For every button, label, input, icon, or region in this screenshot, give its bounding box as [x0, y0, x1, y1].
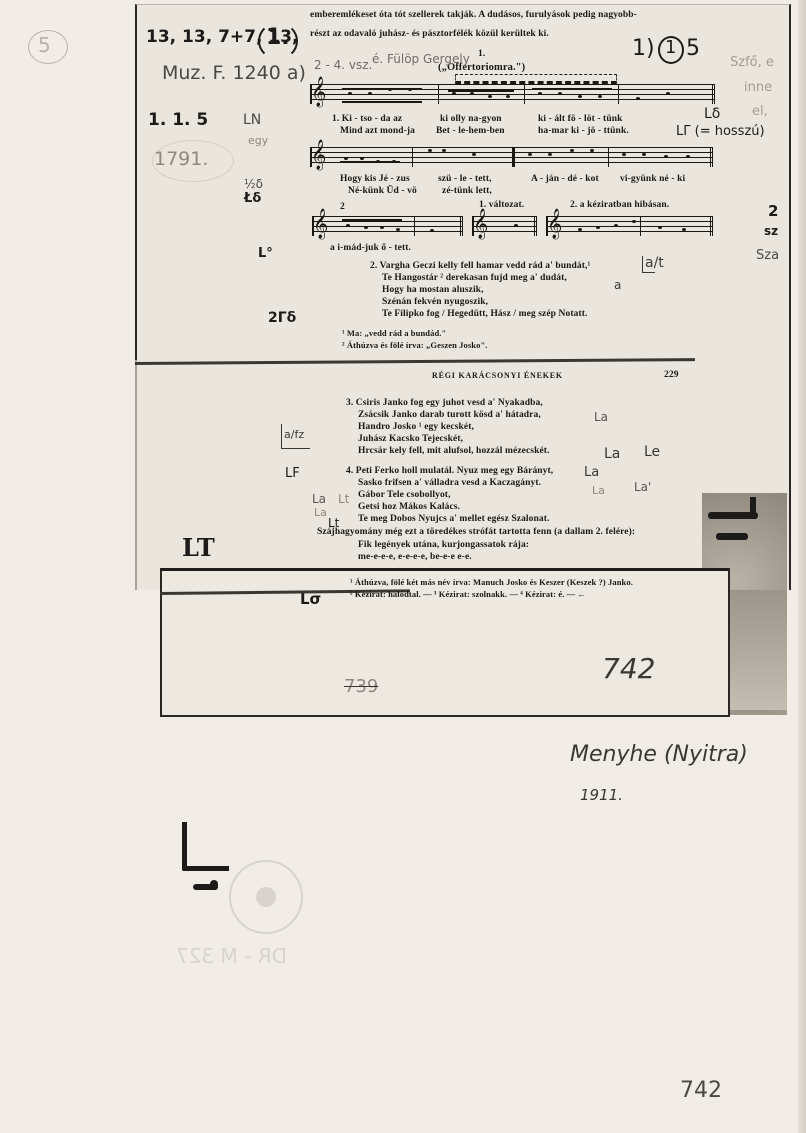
- handwritten-mark: 5: [686, 36, 700, 61]
- crossed-out-number: 739: [344, 676, 378, 697]
- corner-mark: [182, 822, 229, 871]
- footnote: ² Kézirat: halódtal. — ³ Kézirat: szolna…: [350, 589, 586, 599]
- handwritten-mark: Łδ: [244, 191, 261, 206]
- footnote: ¹ Ma: „vedd rád a bundád.": [342, 328, 446, 338]
- pencil-year: 1791.: [154, 148, 208, 170]
- margin-note: inne: [744, 80, 772, 95]
- la-mark: La: [314, 506, 327, 519]
- lo-mark: Lσ: [300, 590, 321, 608]
- lf-mark: LF: [285, 466, 300, 481]
- treble-clef-icon: 𝄞: [547, 211, 562, 237]
- catalog-number: 742: [602, 652, 655, 685]
- treble-clef-icon: 𝄞: [311, 79, 326, 105]
- la-mark: La: [604, 446, 620, 462]
- variant-label: 2. a kéziratban hibásan.: [570, 200, 669, 210]
- handwritten-number: 1. 1. 5: [148, 110, 208, 130]
- margin-note: Szfő, e: [730, 55, 774, 70]
- verse-line: Juhász Kacsko Tejecskét,: [358, 434, 463, 444]
- lyric: zé-tünk lett,: [442, 186, 492, 196]
- song-number: 1.: [478, 49, 485, 59]
- margin-note: Sza: [756, 248, 779, 263]
- year-note: 1911.: [580, 786, 623, 804]
- la-mark: La: [594, 410, 608, 424]
- lyric: Mind azt mond-ja: [340, 126, 415, 136]
- fragment-line: me-e-e-e, e-e-e-e, be-e-e e-e.: [358, 552, 472, 562]
- verse-line: Te Filipko fog / Hegedütt, Hász / meg sz…: [382, 309, 587, 319]
- lyric: ki - ált fö - löt - tünk: [538, 114, 622, 124]
- handwritten-mark: L°: [258, 246, 273, 261]
- verse-line: Hogy ha mostan aluszik,: [382, 285, 484, 295]
- la-mark: La: [312, 492, 326, 506]
- ln-sub-mark: egy: [248, 134, 268, 147]
- lt-mark: Lt: [328, 516, 339, 530]
- corner-bracket-mark: [750, 497, 756, 519]
- lt-large-mark: LT: [182, 533, 215, 562]
- handwritten-mark: Lδ: [704, 106, 720, 122]
- margin-note: el,: [752, 104, 768, 119]
- margin-note: 2: [768, 202, 778, 220]
- footnote: ¹ Áthúzva, fölé két más név írva: Manuch…: [350, 577, 633, 587]
- library-stamp: [229, 860, 303, 934]
- intro-line: emberemlékeset óta tót szellerek takják.…: [310, 10, 637, 20]
- treble-clef-icon: 𝄞: [473, 211, 488, 237]
- music-staff-3a: 𝄞: [312, 216, 463, 236]
- verse-line: 4. Peti Ferko holl mulatál. Nyuz meg egy…: [346, 466, 553, 476]
- music-staff-2: 𝄞: [310, 147, 713, 167]
- le-mark: Le: [644, 444, 660, 460]
- handwritten-mark: LΓ (= hosszú): [676, 124, 765, 139]
- music-staff-3c: 𝄞: [546, 216, 713, 236]
- running-header: RÉGI KARÁCSONYI ÉNEKEK: [432, 371, 563, 380]
- verse-range-note: 2 - 4. vsz.: [314, 58, 372, 72]
- stamp-emblem-icon: [256, 887, 276, 907]
- faint-stamp-number: DR - M 327: [176, 944, 287, 968]
- ln-mark: LN: [243, 112, 261, 128]
- verse-line: Getsi hoz Mákos Kalács.: [358, 502, 460, 512]
- circled-number: 5: [38, 33, 51, 57]
- treble-clef-icon: 𝄞: [313, 211, 328, 237]
- handwritten-mark: ½δ: [244, 177, 263, 191]
- lyric: 1. Ki - tso - da az: [332, 114, 402, 124]
- page-number: 229: [664, 370, 679, 380]
- music-staff-3b: 𝄞: [472, 216, 537, 236]
- margin-note: sz: [764, 224, 778, 238]
- lt-mark: Lt: [338, 492, 349, 506]
- dashed-bracket: [455, 74, 617, 84]
- la-mark: La: [592, 484, 605, 497]
- handwritten-mark: 2Γδ: [268, 310, 296, 326]
- intro-line: részt az odavaló juhász- és pásztorfélék…: [310, 29, 549, 39]
- lyric: A - ján - dé - kot: [531, 174, 599, 184]
- verse-line: Hrcsár kely fell, mit alufsol, hozzál mé…: [358, 446, 550, 456]
- handwritten-mark: 1): [632, 36, 655, 61]
- verse-line: Gábor Tele csobollyot,: [358, 490, 451, 500]
- la-mark: La: [584, 465, 599, 480]
- lyric: ha-mar ki - jö - ttünk.: [538, 126, 629, 136]
- catalog-reference: Muz. F. 1240 a): [162, 62, 306, 84]
- collector-note: é. Fülöp Gergely: [372, 52, 470, 66]
- la-mark: La': [634, 480, 651, 494]
- verse-line: 3. Csiris Janko fog egy juhot vesd a' Ny…: [346, 398, 543, 408]
- afz-mark: a/fz: [284, 428, 304, 441]
- treble-clef-icon: 𝄞: [311, 142, 326, 168]
- lyric: Né-künk Üd - vö: [348, 186, 417, 196]
- arrow-mark: [716, 533, 748, 540]
- verse-line: Sasko frifsen a' válladra vesd a Kaczagá…: [358, 478, 541, 488]
- handwritten-mark: a: [614, 278, 621, 292]
- handwritten-mark: 1: [665, 37, 676, 58]
- circled-1: 1.: [266, 25, 290, 50]
- place-note: Menyhe (Nyitra): [570, 742, 748, 767]
- ending-number: 2: [340, 202, 345, 212]
- verse-line: 2. Vargha Geczi kelly fell hamar vedd rá…: [370, 261, 590, 271]
- lyric: Hogy kis Jé - zus: [340, 174, 410, 184]
- bottom-catalog-number: 742: [680, 1078, 722, 1103]
- verse-line: Szénán fekvén nyugoszik,: [382, 297, 488, 307]
- alt-mark: a/t: [645, 255, 664, 271]
- lyric: a i-mád-juk ő - tett.: [330, 243, 411, 253]
- verse-line: Zsácsik Janko darab turott kösd a' hátad…: [358, 410, 541, 420]
- lyric: ki olly na-gyon: [440, 114, 502, 124]
- tradition-note: Szájhagyomány még ezt a töredékes strófá…: [317, 527, 635, 537]
- footnote: ² Áthúzva és fölé írva: „Geszen Josko".: [342, 340, 488, 350]
- fragment-line: Fik legények utána, kurjongassatok rája:: [358, 540, 529, 550]
- arrow-mark: [193, 884, 218, 890]
- music-staff-1: 𝄞: [310, 84, 715, 104]
- verse-line: Handro Josko ¹ egy kecskét,: [358, 422, 474, 432]
- lyric: vi-gyünk né - ki: [620, 174, 685, 184]
- photocopy-shadow: [726, 590, 787, 710]
- lyric: Bet - le-hem-ben: [436, 126, 505, 136]
- lyric: szü - le - tett,: [438, 174, 492, 184]
- verse-line: Te Hangostár ² derekasan fujd meg a' dud…: [382, 273, 567, 283]
- verse-line: Te meg Dobos Nyujcs a' mellet egész Szal…: [358, 514, 550, 524]
- page-edge: [798, 0, 806, 1133]
